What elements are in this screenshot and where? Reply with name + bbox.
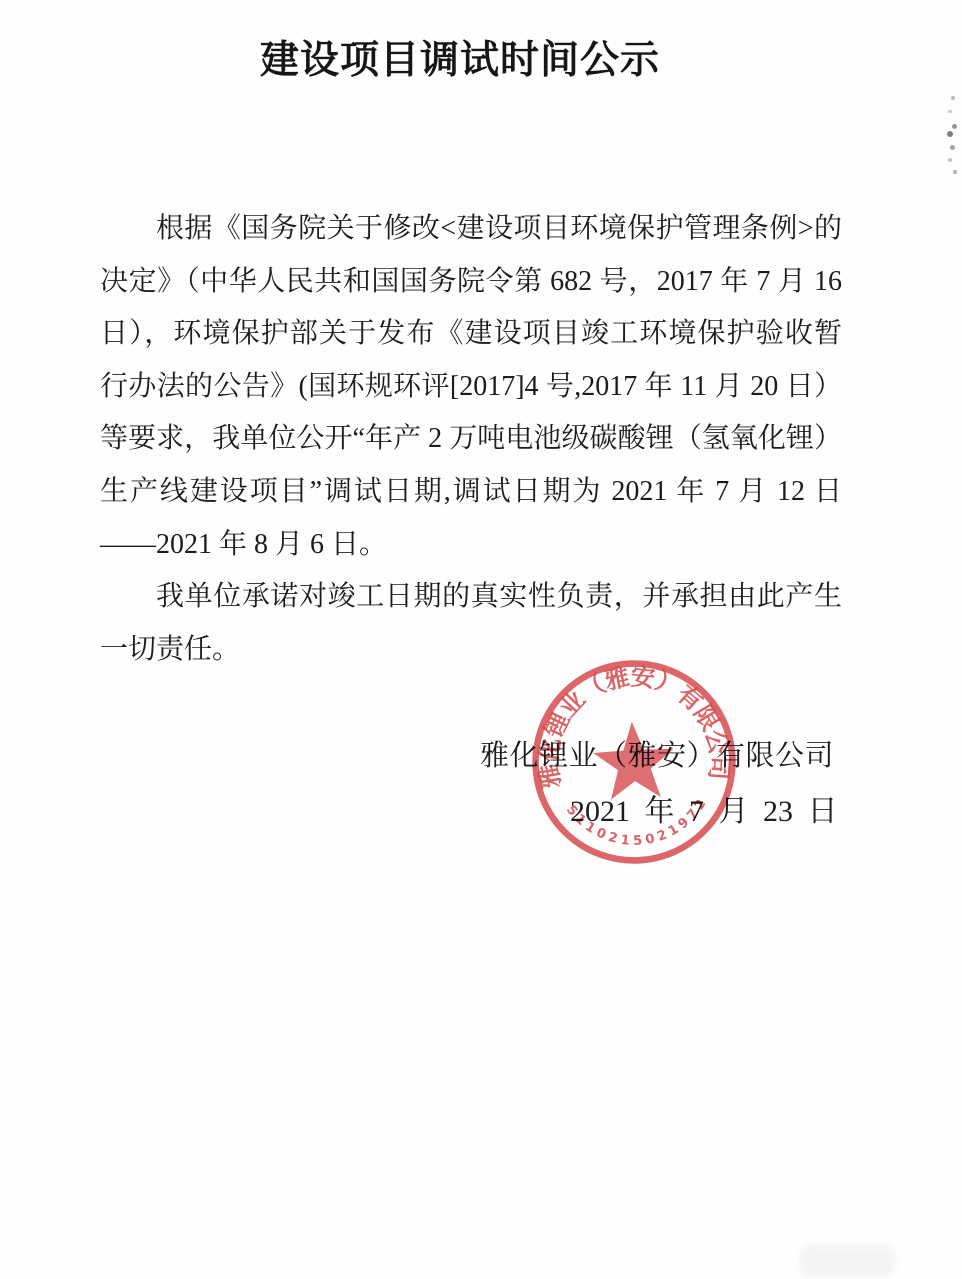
body-line: 决定》（中华人民共和国国务院令第 682 号，2017 年 7 月 16 <box>100 256 842 309</box>
document-page: 建设项目调试时间公示 根据《国务院关于修改<建设项目环境保护管理条例>的 决定》… <box>0 0 962 1279</box>
body-line: 我单位承诺对竣工日期的真实性负责，并承担由此产生 <box>100 571 842 624</box>
body-line: 等要求，我单位公开“年产 2 万吨电池级碳酸锂（氢氧化锂） <box>100 413 842 466</box>
body-line: 生产线建设项目”调试日期,调试日期为 2021 年 7 月 12 日 <box>100 466 842 519</box>
seal-star-icon <box>592 720 676 801</box>
document-title: 建设项目调试时间公示 <box>100 36 820 86</box>
scan-smudge <box>800 1246 895 1276</box>
body-line: 根据《国务院关于修改<建设项目环境保护管理条例>的 <box>100 203 842 256</box>
body-line: 行办法的公告》(国环规环评[2017]4 号,2017 年 11 月 20 日） <box>100 361 842 414</box>
body-line: 日），环境保护部关于发布《建设项目竣工环境保护验收暂 <box>100 308 842 361</box>
body-line: ——2021 年 8 月 6 日。 <box>100 519 842 572</box>
company-seal: 雅化锂业（雅安）有限公司 5110215021972 <box>523 651 746 874</box>
document-body: 根据《国务院关于修改<建设项目环境保护管理条例>的 决定》（中华人民共和国国务院… <box>100 203 842 676</box>
